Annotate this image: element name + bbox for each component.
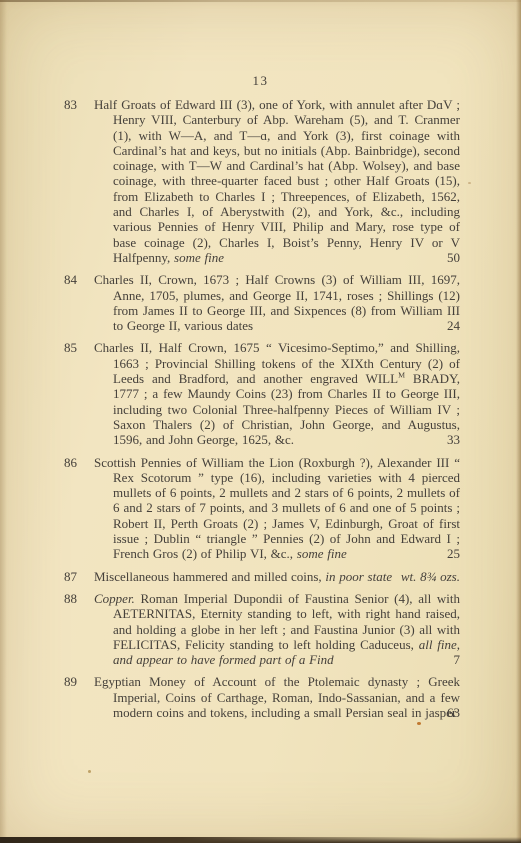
lot-description: Half Groats of Edward III (3), one of Yo… — [113, 97, 460, 265]
description-text: Miscellaneous hammered and milled coins, — [94, 569, 325, 584]
lot-number: 84 — [60, 272, 77, 287]
lot-entry-87: 87Miscellaneous hammered and milled coin… — [60, 569, 460, 584]
page-number: 13 — [0, 73, 521, 89]
scanned-catalogue-page: 13 83Half Groats of Edward III (3), one … — [0, 0, 521, 843]
lot-description: Copper. Roman Imperial Dupondii of Faust… — [113, 591, 460, 667]
description-text: Half Groats of Edward III (3), one of Yo… — [94, 97, 460, 265]
page-edge-right — [516, 0, 521, 843]
lot-description: Scottish Pennies of William the Lion (Ro… — [113, 455, 460, 562]
lot-price: 33 — [447, 432, 460, 447]
lot-entry-84: 84Charles II, Crown, 1673 ; Half Crowns … — [60, 272, 460, 333]
description-text: Charles II, Crown, 1673 ; Half Crowns (3… — [94, 272, 460, 333]
lot-number: 86 — [60, 455, 77, 470]
lot-price: wt. 8¾ ozs. — [401, 569, 460, 584]
lot-description: Charles II, Crown, 1673 ; Half Crowns (3… — [113, 272, 460, 333]
paper-speck — [468, 182, 471, 184]
paper-speck — [88, 770, 91, 773]
lot-entry-86: 86Scottish Pennies of William the Lion (… — [60, 455, 460, 562]
lot-number: 88 — [60, 591, 77, 606]
lot-price: 24 — [447, 318, 460, 333]
lot-description: Miscellaneous hammered and milled coins,… — [113, 569, 460, 584]
lot-list: 83Half Groats of Edward III (3), one of … — [60, 97, 460, 727]
lot-entry-88: 88Copper. Roman Imperial Dupondii of Fau… — [60, 591, 460, 667]
lot-number: 89 — [60, 674, 77, 689]
lot-number: 83 — [60, 97, 77, 112]
lot-description: Charles II, Half Crown, 1675 “ Vicesimo-… — [113, 340, 460, 447]
lot-price: 25 — [447, 546, 460, 561]
superscript-text: M — [398, 371, 405, 380]
page-edge-bottom — [0, 837, 521, 843]
page-edge-top — [0, 0, 521, 2]
description-text: Scottish Pennies of William the Lion (Ro… — [94, 455, 460, 562]
condition-note: some fine — [174, 250, 224, 265]
lot-entry-85: 85Charles II, Half Crown, 1675 “ Vicesim… — [60, 340, 460, 447]
lot-entry-83: 83Half Groats of Edward III (3), one of … — [60, 97, 460, 265]
lot-number: 87 — [60, 569, 77, 584]
lot-price: 7 — [454, 652, 461, 667]
lot-entry-89: 89Egyptian Money of Account of the Ptole… — [60, 674, 460, 720]
condition-note: some fine — [297, 546, 347, 561]
lot-description: Egyptian Money of Account of the Ptolema… — [113, 674, 460, 720]
lot-number: 85 — [60, 340, 77, 355]
lot-price: 50 — [447, 250, 460, 265]
description-text: Egyptian Money of Account of the Ptolema… — [94, 674, 460, 720]
page-edge-left — [0, 0, 7, 843]
condition-note: in poor state — [325, 569, 392, 584]
description-text: Roman Imperial Dupondii of Faustina Seni… — [113, 591, 460, 652]
condition-note: Copper. — [94, 591, 135, 606]
paper-speck — [417, 722, 421, 725]
lot-price: 63 — [447, 705, 460, 720]
